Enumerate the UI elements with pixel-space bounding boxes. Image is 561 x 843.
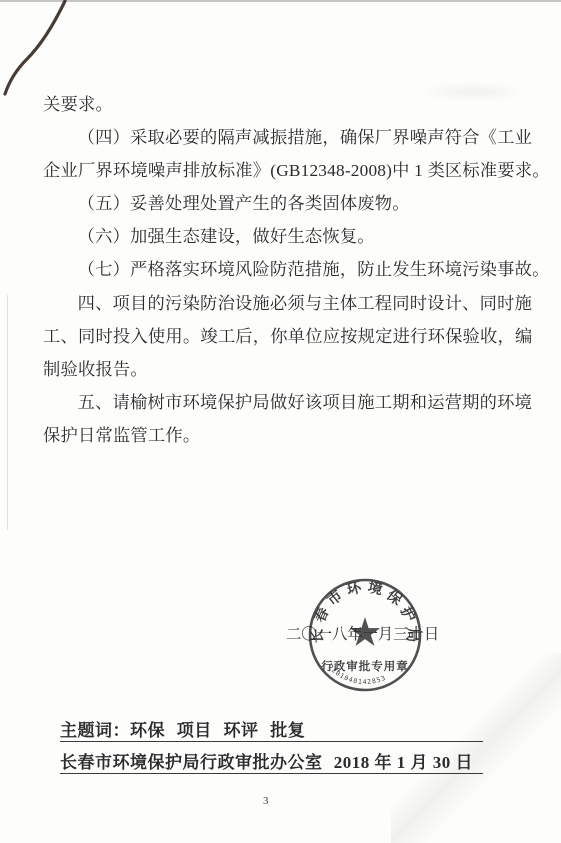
footer-keywords-row: 主题词：环保 项目 环评 批复 <box>60 718 483 742</box>
body-line: 企业厂界环境噪声排放标准》(GB12348-2008)中 1 类区标准要求。 <box>43 154 535 187</box>
footer-office-row: 长春市环境保护局行政审批办公室 2018 年 1 月 30 日 <box>60 748 483 774</box>
body-line: （五）妥善处理处置产生的各类固体废物。 <box>43 187 535 220</box>
official-seal: 长春市环境保护局 行政审批专用章 2201040142853 <box>299 569 431 701</box>
keywords-label: 主题词： <box>60 721 130 740</box>
body-line: （四）采取必要的隔声减振措施，确保厂界噪声符合《工业 <box>43 121 535 154</box>
body-line: （七）严格落实环境风险防范措施，防止发生环境污染事故。 <box>43 253 535 286</box>
document-body: 关要求。 （四）采取必要的隔声减振措施，确保厂界噪声符合《工业 企业厂界环境噪声… <box>43 88 535 452</box>
seal-star-icon <box>350 617 380 646</box>
body-line: （六）加强生态建设，做好生态恢复。 <box>43 220 535 253</box>
issuing-office: 长春市环境保护局行政审批办公室 <box>60 748 323 773</box>
body-line: 四、项目的污染防治设施必须与主体工程同时设计、同时施 <box>43 287 535 320</box>
keywords-values: 环保 项目 环评 批复 <box>130 721 305 740</box>
pen-mark-artifact <box>0 0 80 100</box>
body-line: 制验收报告。 <box>43 353 535 386</box>
body-line: 关要求。 <box>43 88 535 121</box>
body-line: 保护日常监管工作。 <box>43 419 535 452</box>
scan-edge-line <box>0 0 561 2</box>
body-line: 工、同时投入使用。竣工后，你单位应按规定进行环保验收，编 <box>43 320 535 353</box>
page-number: 3 <box>263 795 269 807</box>
footer-date: 2018 年 1 月 30 日 <box>334 748 473 773</box>
body-line: 五、请榆树市环境保护局做好该项目施工期和运营期的环境 <box>43 386 535 419</box>
keywords-text: 主题词：环保 项目 环评 批复 <box>60 716 305 741</box>
scan-left-edge-artifact <box>7 295 8 530</box>
